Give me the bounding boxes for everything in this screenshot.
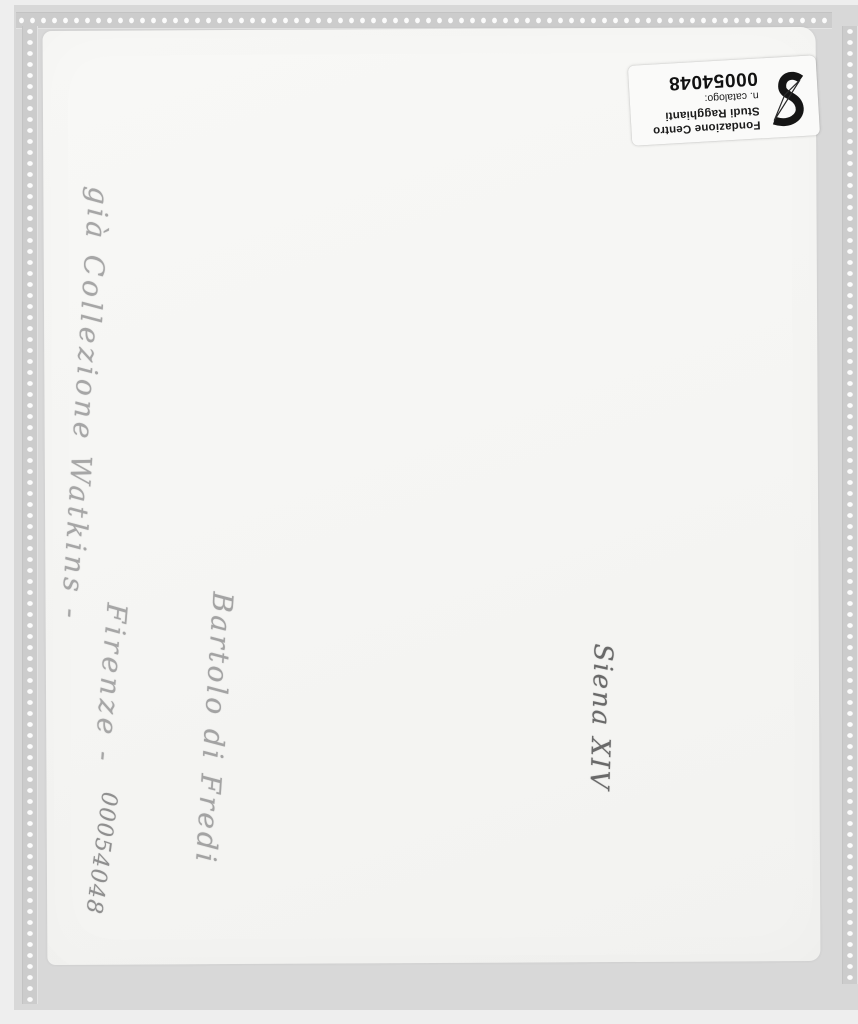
scanned-photo-verso: Fondazione Centro Studi Ragghianti n. ca… [0,0,858,1024]
photo-verso-paper: Fondazione Centro Studi Ragghianti n. ca… [43,27,821,965]
sleeve-beading-top [16,12,832,29]
handwriting-artist-name: Bartolo di Fredi [189,591,240,866]
handwriting-school-and-century: Siena XIV [583,643,617,791]
ragghianti-logo-icon [764,66,811,128]
sleeve-beading-right [842,26,858,984]
sleeve-beading-left [22,26,38,1004]
catalog-label-text: Fondazione Centro Studi Ragghianti n. ca… [636,67,760,137]
handwriting-provenance-line1: già Collezione Watkins - [54,186,115,624]
handwriting-inventory-number: 00054048 [80,790,121,916]
handwriting-provenance-line2: Firenze - [87,602,133,766]
catalog-label: Fondazione Centro Studi Ragghianti n. ca… [628,55,820,146]
